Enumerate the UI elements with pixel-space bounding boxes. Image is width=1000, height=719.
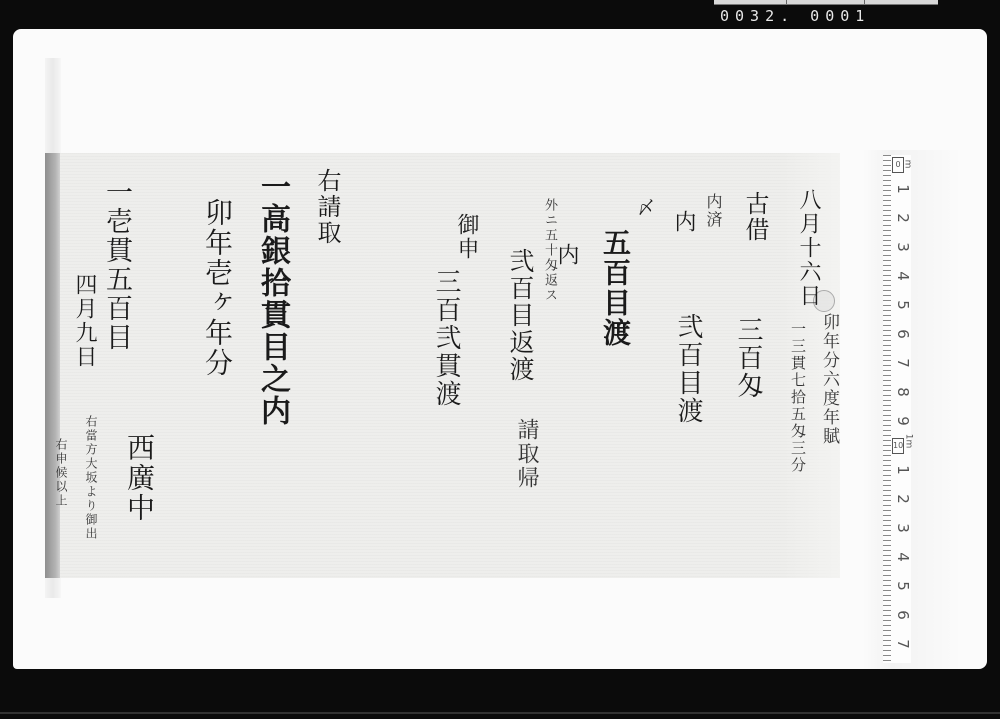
scale-number: 1 (894, 462, 912, 478)
handwritten-column: 卯年分六度年賦 (820, 313, 837, 446)
handwritten-column: 三百匁 (735, 316, 761, 400)
strip-tick (864, 0, 865, 4)
measuring-scale: 0 m 10 1m 1234567891234567 (883, 155, 911, 663)
ruler-shadow (862, 150, 962, 670)
handwritten-column: 御申 (455, 213, 477, 261)
handwritten-column: 内 (672, 210, 694, 234)
frame-counter: 0032. 0001 (720, 7, 870, 25)
scale-number: 7 (894, 355, 912, 371)
scale-number: 2 (894, 210, 912, 226)
scale-number: 9 (894, 413, 912, 429)
film-top-strip (714, 0, 938, 5)
handwritten-column: 内済 (705, 193, 721, 229)
scale-number: 4 (894, 549, 912, 565)
handwritten-column: 弐百目返渡 (508, 248, 533, 383)
handwritten-column: 外ニ五十匁返ス (543, 198, 556, 303)
film-edge (0, 712, 1000, 714)
handwritten-column: 三百弐貫渡 (433, 268, 459, 408)
scale-number: 5 (894, 578, 912, 594)
scale-number: 8 (894, 384, 912, 400)
scale-number: 3 (894, 239, 912, 255)
handwritten-column: 右請取 (315, 168, 339, 246)
scale-number: 4 (894, 268, 912, 284)
handwritten-column: 一壱貫五百目 (103, 178, 130, 352)
scale-number: 1 (894, 181, 912, 197)
scale-ten-box: 10 (892, 438, 904, 454)
handwritten-column: 卯年壱ヶ年分 (203, 198, 231, 378)
handwritten-column: 右申候以上 (55, 438, 67, 508)
handwritten-column: 古借 (743, 191, 767, 243)
handwritten-column: 八月十六日 (797, 188, 819, 308)
scale-number: 6 (894, 607, 912, 623)
handwritten-column: 右當方大坂より御出 (85, 415, 97, 541)
scale-number: 6 (894, 326, 912, 342)
strip-tick (786, 0, 787, 4)
handwritten-column: 一高銀拾貫目之内 (257, 171, 287, 427)
scale-number: 2 (894, 491, 912, 507)
handwritten-column: 請取帰 (515, 418, 537, 490)
handwritten-column: 四月九日 (73, 273, 95, 369)
handwritten-column: 五百目渡 (601, 228, 629, 348)
handwritten-column: 〆 (635, 198, 653, 218)
scale-ticks (883, 155, 891, 663)
document-sheet: 八月十六日卯年分六度年賦一三貫七拾五匁三分古借三百匁内済内弐百目渡〆五百目渡内外… (45, 153, 840, 578)
scale-number: 5 (894, 297, 912, 313)
paper-binding-edge (45, 153, 60, 578)
handwritten-column: 弐百目渡 (675, 313, 701, 425)
handwritten-column: 西廣中 (125, 433, 153, 523)
scale-number: 3 (894, 520, 912, 536)
scale-number: 7 (894, 636, 912, 652)
handwritten-column: 内 (555, 243, 577, 267)
handwritten-column: 一三貫七拾五匁三分 (790, 321, 805, 474)
scale-unit-label: m (902, 160, 912, 169)
scale-unit-label-mid: 1m (903, 434, 913, 449)
